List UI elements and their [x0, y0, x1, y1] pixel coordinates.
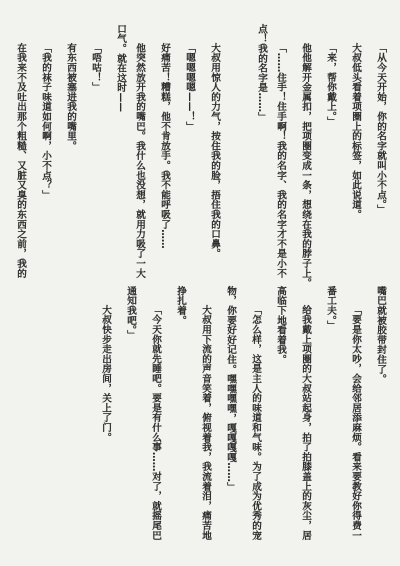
text-column: 在我来不及吐出那个粗糙、又脏又臭的东西之前，我的: [15, 24, 26, 305]
text-column: 嘴巴就被胶带封住了。: [375, 286, 386, 546]
text-column: 高临下地看着我。: [275, 286, 286, 546]
scanned-novel-page: 「从今天开始，你的名字就叫小不点。」大叔低头看着项圈上的标签，如此说道。「来，帮…: [0, 0, 400, 566]
text-column: 有东西被塞进我的嘴里。: [65, 24, 76, 305]
text-column: 大叔用下流的声音笑着，俯视着我，我流着泪，痛苦地: [200, 286, 211, 565]
text-column: 番工夫。」: [325, 286, 336, 546]
text-column: 挣扎着。: [175, 286, 186, 546]
text-column: 好痛苦！糟糕，他不肯放手。我不能呼吸了……: [159, 24, 170, 305]
text-column: 通知我吧。」: [125, 286, 136, 546]
text-column: 「……住手！住手啊！我的名字、我的名字才不是小不: [275, 24, 286, 305]
text-column: 大叔低头看着项圈上的标签，如此说道。: [350, 24, 361, 305]
text-column: 「要是你太吵，会给邻居添麻烦。看来要教好你得费一: [350, 286, 361, 565]
text-column: 给我戴上项圈的大叔站起身，拍了拍膝盖上的灰尘，居: [300, 286, 311, 565]
text-column: 大叔用惊人的力气，按住我的脸，捂住我的口鼻。: [209, 24, 220, 305]
text-column: 「怎么样，这是主人的味道和气味。为了成为优秀的宠: [250, 286, 261, 565]
text-column: 「唔咕！」: [90, 24, 101, 305]
text-column: 大叔快步走出房间，关上了门。: [100, 286, 111, 565]
text-column: 「今天你就先睡吧。要是有什么事……对了，就摇尾巴: [150, 286, 161, 565]
text-column: 口气。就在这时——: [115, 24, 126, 286]
text-column: 物，你要好好记住。嘿嘿嘿嘿，嘎嘎嘎嘎……」: [225, 286, 236, 546]
top-text-band: 「从今天开始，你的名字就叫小不点。」大叔低头看着项圈上的标签，如此说道。「来，帮…: [2, 24, 386, 286]
text-column: 「我的袜子味道如何啊，小不点？」: [40, 24, 51, 305]
text-column: 「嗯嗯嗯嗯——！」: [184, 24, 195, 305]
text-column: 「从今天开始，你的名字就叫小不点。」: [375, 24, 386, 305]
text-column: 他他解开金属扣，把项圈变成一条，想绕在我的脖子上。: [300, 24, 311, 305]
text-column: 点！我的名字是……」: [256, 24, 267, 286]
bottom-text-band: 嘴巴就被胶带封住了。「要是你太吵，会给邻居添麻烦。看来要教好你得费一番工夫。」给…: [2, 286, 386, 546]
text-column: 他突然放开我的嘴巴。我什么也没想，就用力吸了一大: [134, 24, 145, 305]
text-column: 「来，帮你戴上。」: [325, 24, 336, 305]
